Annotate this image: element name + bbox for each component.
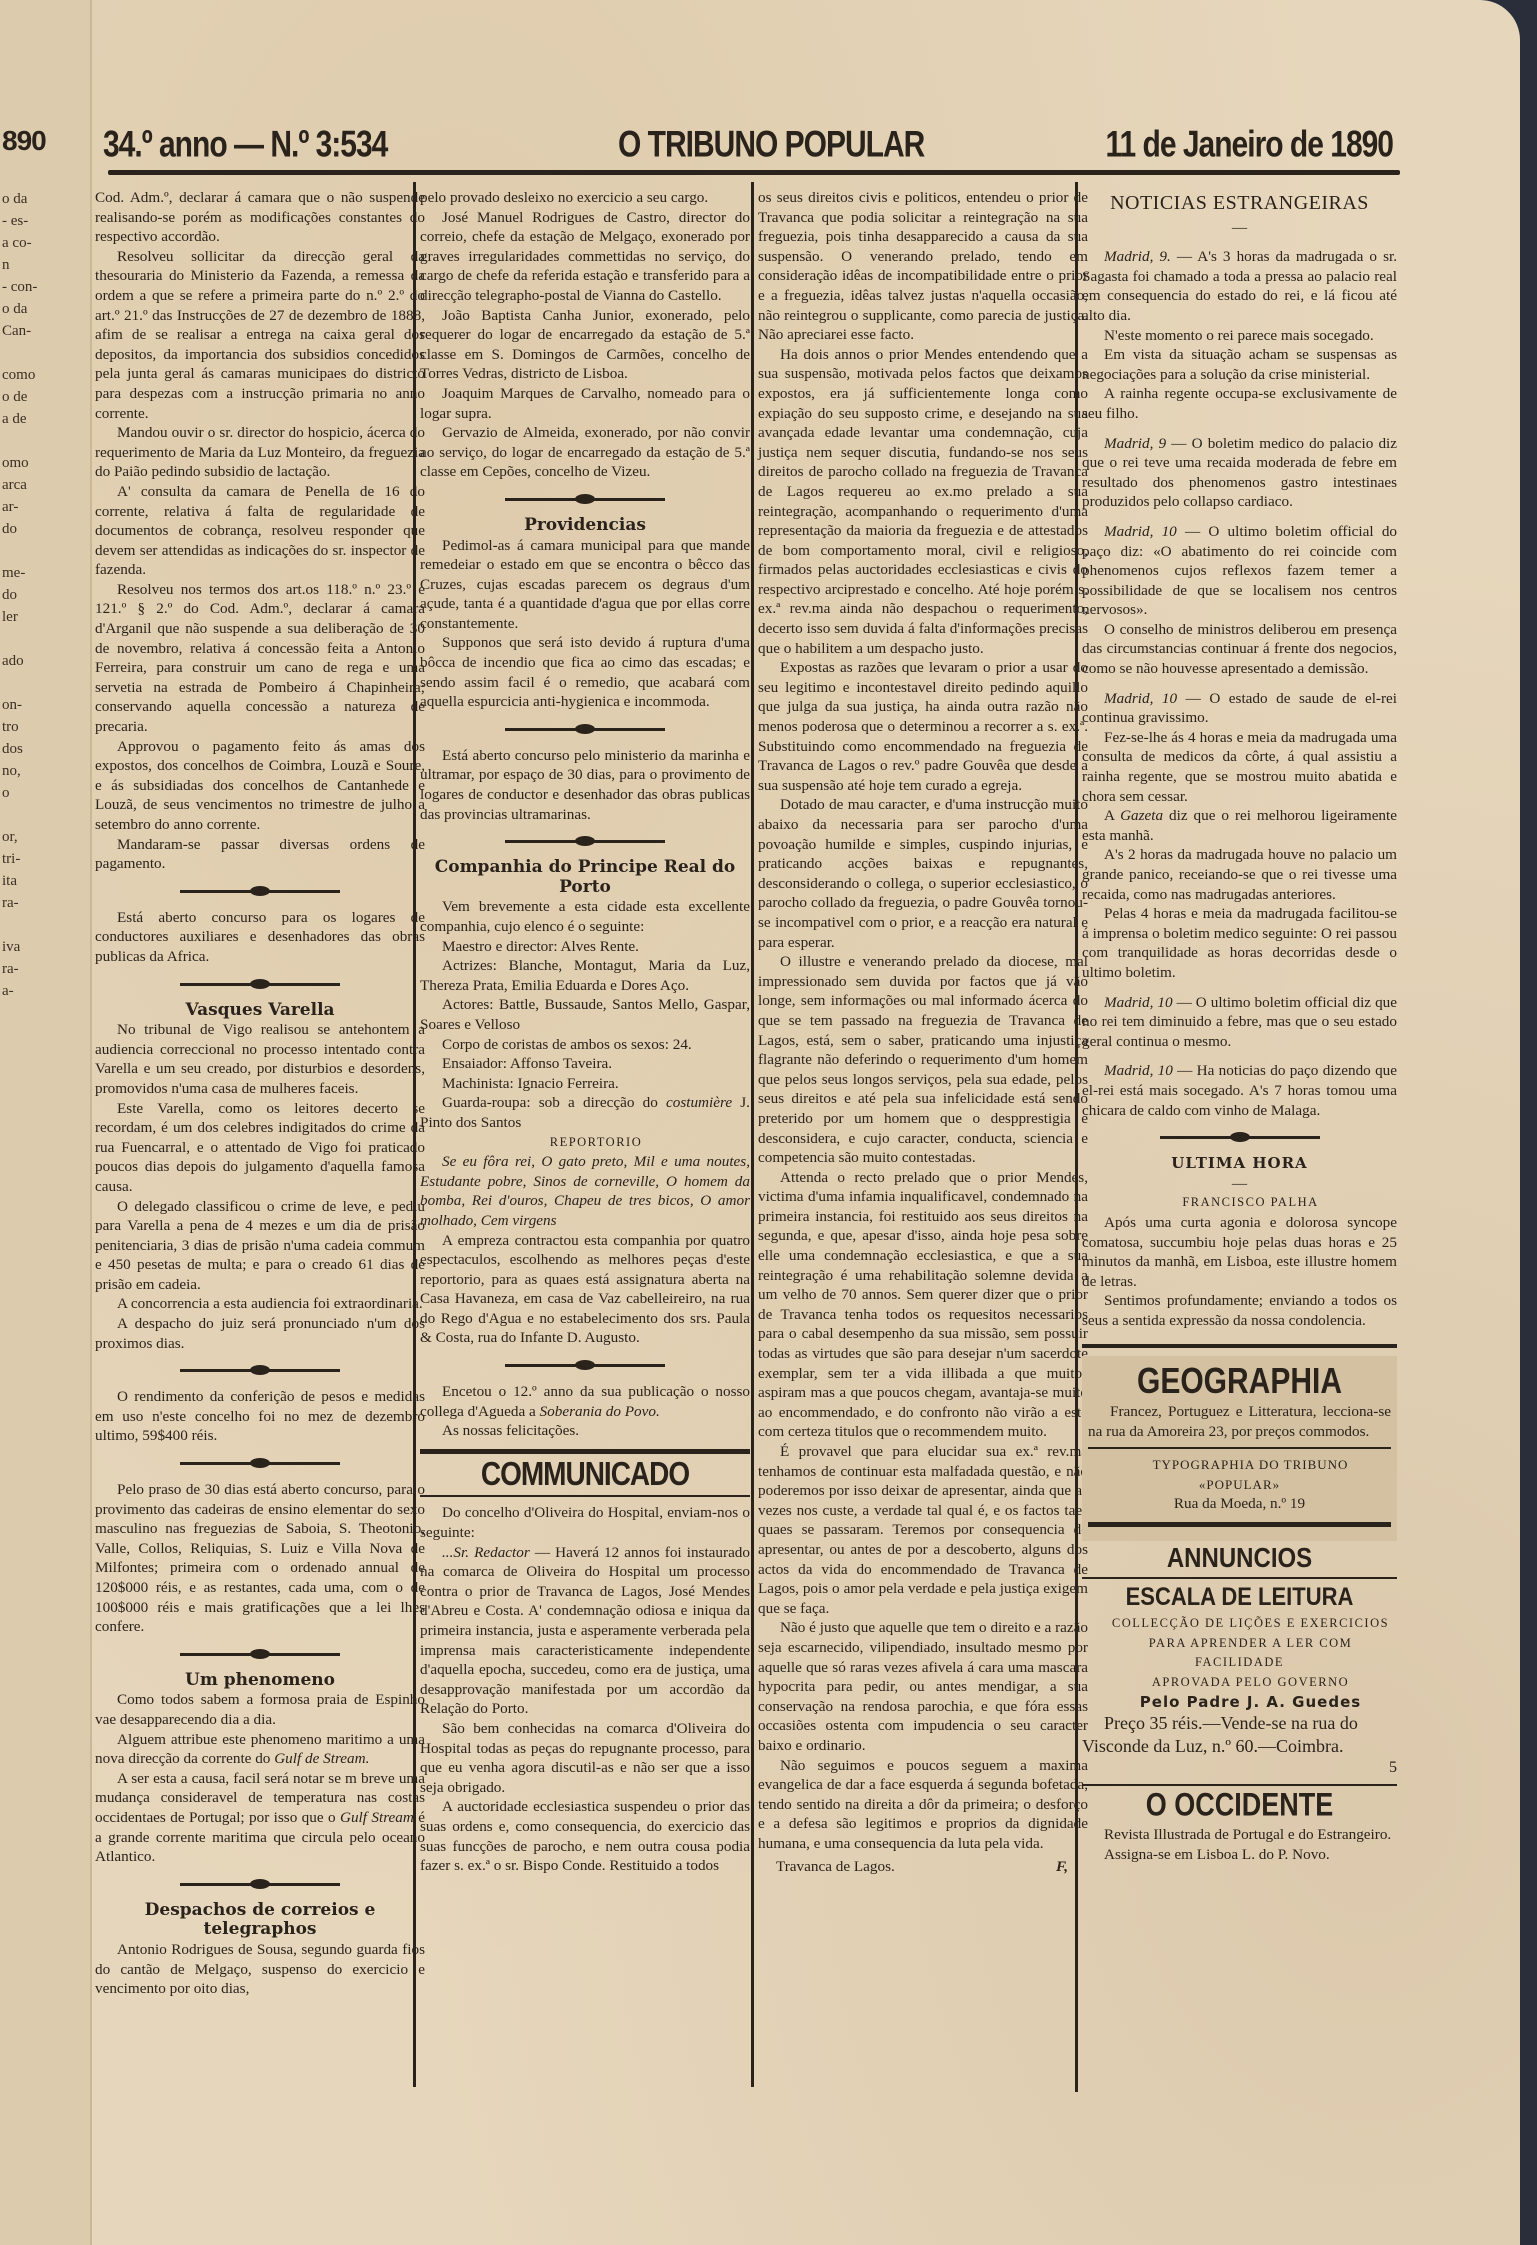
ornamental-divider [505, 1360, 665, 1370]
printer-address: Rua da Moeda, n.º 19 [1088, 1494, 1391, 1514]
paragraph: A ser esta a causa, facil será notar se … [95, 1769, 425, 1867]
text: Guarda-roupa: sob a direcção do [442, 1094, 666, 1111]
gutter-fragment: a de [2, 408, 27, 430]
paragraph: São bem conhecidas na comarca d'Oliveira… [420, 1719, 750, 1797]
gutter-fragment: o da [2, 298, 27, 320]
paragraph: Madrid, 10 — O ultimo boletim official d… [1082, 522, 1397, 620]
paragraph: ...Sr. Redactor — Haverá 12 annos foi in… [420, 1543, 750, 1719]
paragraph: pelo provado desleixo no exercicio a seu… [420, 188, 750, 208]
ad-author: Pelo Padre J. A. Guedes [1082, 1693, 1397, 1713]
paragraph: Resolveu nos termos dos art.os 118.º n.º… [95, 580, 425, 737]
gutter-fragment: ra- [2, 892, 19, 914]
section-rule [1082, 1784, 1397, 1786]
issue-number: 34.º anno — N.º 3:534 [103, 124, 387, 167]
paragraph: Madrid, 10 — O ultimo boletim official d… [1082, 993, 1397, 1052]
ornamental-divider [180, 1649, 340, 1659]
paragraph: Gervazio de Almeida, exonerado, por não … [420, 423, 750, 482]
ad-line: PARA APRENDER A LER COM FACILIDADE [1082, 1634, 1397, 1673]
italic-text: Gulf de Stream. [274, 1750, 369, 1767]
italic-text: Soberania do Povo. [540, 1403, 660, 1420]
ad-price: Preço 35 réis.—Vende-se na rua do Viscon… [1082, 1712, 1397, 1758]
gutter-fragment: me- [2, 562, 25, 584]
dateline: Madrid, 9 [1104, 435, 1166, 452]
paragraph: Não é justo que aquelle que tem o direit… [758, 1618, 1088, 1755]
paragraph: Como todos sabem a formosa praia de Espi… [95, 1690, 425, 1729]
gutter-fragment: arca [2, 474, 27, 496]
column-2: pelo provado desleixo no exercicio a seu… [420, 188, 750, 1876]
gutter-fragment: a co- [2, 232, 32, 254]
ad-rule [1088, 1522, 1391, 1527]
italic-text: Gulf Stream [340, 1809, 414, 1826]
previous-page-gutter: 890 o da - es- a co- n - con- o da Can- … [0, 0, 92, 2245]
paragraph: Não seguimos e poucos seguem a maxima ev… [758, 1756, 1088, 1854]
paragraph: Do concelho d'Oliveira do Hospital, envi… [420, 1503, 750, 1542]
ornamental-divider [180, 1365, 340, 1375]
ornamental-divider [180, 886, 340, 896]
paragraph: Madrid, 9. — A's 3 horas da madrugada o … [1082, 247, 1397, 325]
paragraph: É provavel que para elucidar sua ex.ª re… [758, 1442, 1088, 1618]
paragraph: Mandou ouvir o sr. director do hospicio,… [95, 423, 425, 482]
gutter-fragment: Can- [2, 320, 31, 342]
paragraph: Fez-se-lhe ás 4 horas e meia da madrugad… [1082, 728, 1397, 806]
issue-date: 11 de Janeiro de 1890 [1105, 124, 1393, 167]
paragraph: Pelas 4 horas e meia da madrugada facili… [1082, 904, 1397, 982]
gutter-fragment: tro [2, 716, 19, 738]
paragraph: A despacho do juiz será pronunciado n'um… [95, 1314, 425, 1353]
ornamental-divider [180, 1879, 340, 1889]
article-heading-providencias: Providencias [420, 516, 750, 536]
ornamental-divider [180, 979, 340, 989]
column-rule [1075, 182, 1078, 2092]
paragraph: Encetou o 12.º anno da sua publicação o … [420, 1382, 750, 1421]
ad-geographia: GEOGRAPHIA Francez, Portuguez e Litterat… [1082, 1356, 1397, 1541]
paragraph: A' consulta da camara de Penella de 16 d… [95, 482, 425, 580]
gutter-fragment: o [2, 782, 10, 804]
ad-line: APROVADA PELO GOVERNO [1082, 1673, 1397, 1693]
text: — Haverá 12 annos foi instaurado na coma… [420, 1544, 750, 1718]
section-heading-noticias-estrangeiras: NOTICIAS ESTRANGEIRAS [1082, 194, 1397, 214]
dateline: Madrid, 9. [1104, 248, 1171, 265]
ornamental-divider [505, 724, 665, 734]
subheading-reportorio: REPORTORIO [420, 1133, 750, 1153]
paragraph: Alguem attribue este phenomeno maritimo … [95, 1730, 425, 1769]
ad-line: COLLECÇÃO DE LIÇÕES E EXERCICIOS [1082, 1614, 1397, 1634]
repertoire-list: Se eu fôra rei, O gato preto, Mil e uma … [420, 1152, 750, 1230]
previous-page-year: 890 [2, 125, 46, 157]
paragraph: Actores: Battle, Bussaude, Santos Mello,… [420, 995, 750, 1034]
ad-text: Francez, Portuguez e Litteratura, leccio… [1088, 1402, 1391, 1441]
newspaper-page: 890 o da - es- a co- n - con- o da Can- … [0, 0, 1520, 2245]
paragraph: A empreza contractou esta companhia por … [420, 1231, 750, 1349]
heading-dash: — [1082, 218, 1397, 238]
gutter-fragment: or, [2, 826, 18, 848]
gutter-fragment: on- [2, 694, 22, 716]
column-1: Cod. Adm.º, declarar á camara que o não … [95, 188, 425, 1999]
italic-text: costumière [666, 1094, 732, 1111]
newspaper-title: O TRIBUNO POPULAR [618, 124, 924, 167]
ad-text: Revista Illustrada de Portugal e do Estr… [1082, 1825, 1397, 1845]
ad-title-escala-de-leitura: ESCALA DE LEITURA [1082, 1585, 1397, 1608]
paragraph: O conselho de ministros deliberou em pre… [1082, 620, 1397, 679]
paragraph: Expostas as razões que levaram o prior a… [758, 658, 1088, 795]
paragraph: Madrid, 10 — O estado de saude de el-rei… [1082, 689, 1397, 728]
gutter-fragment: omo [2, 452, 29, 474]
ad-rule [1088, 1447, 1391, 1449]
gutter-fragment: do [2, 518, 17, 540]
ornamental-divider [180, 1458, 340, 1468]
ad-text: Assigna-se em Lisboa L. do P. Novo. [1082, 1845, 1397, 1865]
paragraph: Em vista da situação acham se suspensas … [1082, 345, 1397, 384]
paragraph: A Gazeta diz que o rei melhorou ligeiram… [1082, 806, 1397, 845]
paragraph: Actrizes: Blanche, Montagut, Maria da Lu… [420, 956, 750, 995]
italic-text: Gazeta [1120, 807, 1163, 824]
paragraph: Sentimos profundamente; enviando a todos… [1082, 1291, 1397, 1330]
gutter-fragment: a- [2, 980, 14, 1002]
signature-place: Travanca de Lagos. [776, 1857, 895, 1877]
signature: Travanca de Lagos. F, [758, 1853, 1088, 1877]
article-heading-despachos: Despachos de correios e telegraphos [95, 1901, 425, 1940]
dateline: Madrid, 10 [1104, 1062, 1173, 1079]
column-4: NOTICIAS ESTRANGEIRAS — Madrid, 9. — A's… [1082, 188, 1397, 1865]
dateline: Madrid, 10 [1104, 994, 1173, 1011]
heading-dash: — [1082, 1174, 1397, 1194]
section-heading-ultima-hora: ULTIMA HORA [1082, 1154, 1397, 1174]
paragraph: Está aberto concurso para os logares de … [95, 908, 425, 967]
section-rule [1082, 1577, 1397, 1579]
paragraph: Maestro e director: Alves Rente. [420, 937, 750, 957]
paragraph: Joaquim Marques de Carvalho, nomeado par… [420, 384, 750, 423]
gutter-fragment: - con- [2, 276, 37, 298]
paragraph: A rainha regente occupa-se exclusivament… [1082, 384, 1397, 423]
section-rule [420, 1495, 750, 1497]
ornamental-divider [505, 494, 665, 504]
ornamental-divider [505, 836, 665, 846]
paragraph: O delegado classificou o crime de leve, … [95, 1197, 425, 1295]
paragraph: As nossas felicitações. [420, 1421, 750, 1441]
paragraph: Está aberto concurso pelo ministerio da … [420, 746, 750, 824]
ad-title-geographia: GEOGRAPHIA [1088, 1371, 1391, 1395]
gutter-fragment: - es- [2, 210, 28, 232]
paragraph: A auctoridade ecclesiastica suspendeu o … [420, 1797, 750, 1875]
paragraph: O rendimento da conferição de pesos e me… [95, 1387, 425, 1446]
paragraph: A's 2 horas da madrugada houve no palaci… [1082, 845, 1397, 904]
paragraph: Ensaiador: Affonso Taveira. [420, 1054, 750, 1074]
article-heading-um-phenomeno: Um phenomeno [95, 1671, 425, 1691]
printer-name: TYPOGRAPHIA DO TRIBUNO «POPULAR» [1088, 1455, 1391, 1494]
masthead-rule [108, 170, 1400, 175]
gutter-fragment: n [2, 254, 10, 276]
paragraph: Pedimol-as á camara municipal para que m… [420, 536, 750, 634]
text: A [1104, 807, 1120, 824]
paragraph: Pelo praso de 30 dias está aberto concur… [95, 1480, 425, 1637]
section-heading-annuncios: ANNUNCIOS [1082, 1548, 1397, 1571]
paragraph: O illustre e venerando prelado da dioces… [758, 952, 1088, 1168]
gutter-fragment: como [2, 364, 35, 386]
paragraph: Ha dois annos o prior Mendes entendendo … [758, 345, 1088, 659]
dateline: Madrid, 10 [1104, 523, 1177, 540]
subheading-francisco-palha: FRANCISCO PALHA [1082, 1193, 1397, 1213]
paragraph: N'este momento o rei parece mais socegad… [1082, 326, 1397, 346]
paragraph: José Manuel Rodrigues de Castro, directo… [420, 208, 750, 306]
dateline: Madrid, 10 [1104, 690, 1177, 707]
paragraph: Supponos que será isto devido á ruptura … [420, 633, 750, 711]
paragraph: No tribunal de Vigo realisou se antehont… [95, 1020, 425, 1098]
paragraph: Após uma curta agonia e dolorosa syncope… [1082, 1213, 1397, 1291]
paragraph: Machinista: Ignacio Ferreira. [420, 1074, 750, 1094]
paragraph: Este Varella, como os leitores decerto s… [95, 1099, 425, 1197]
gutter-fragment: dos [2, 738, 23, 760]
masthead: 34.º anno — N.º 3:534 O TRIBUNO POPULAR … [103, 118, 1393, 168]
column-3: os seus direitos civis e politicos, ente… [758, 188, 1088, 1877]
paragraph: A concorrencia a esta audiencia foi extr… [95, 1294, 425, 1314]
column-rule [751, 182, 754, 2087]
section-heading-communicado: COMMUNICADO [420, 1462, 750, 1486]
paragraph: Guarda-roupa: sob a direcção do costumiè… [420, 1093, 750, 1132]
gutter-fragment: ar- [2, 496, 18, 518]
text: Alguem attribue este phenomeno maritimo … [95, 1731, 425, 1768]
ornamental-divider [1160, 1132, 1320, 1142]
ad-number: 5 [1082, 1758, 1397, 1778]
gutter-fragment: do [2, 584, 17, 606]
paragraph: Madrid, 9 — O boletim medico do palacio … [1082, 434, 1397, 512]
article-heading-companhia: Companhia do Principe Real do Porto [420, 858, 750, 897]
paragraph: João Baptista Canha Junior, exonerado, p… [420, 306, 750, 384]
article-heading-vasques-varella: Vasques Varella [95, 1001, 425, 1021]
paragraph: Mandaram-se passar diversas ordens de pa… [95, 835, 425, 874]
gutter-fragment: o da [2, 188, 27, 210]
paragraph: Corpo de coristas de ambos os sexos: 24. [420, 1035, 750, 1055]
section-rule [420, 1449, 750, 1454]
gutter-fragment: ita [2, 870, 17, 892]
paragraph: Antonio Rodrigues de Sousa, segundo guar… [95, 1940, 425, 1999]
signature-initial: F, [1056, 1857, 1068, 1877]
paragraph: os seus direitos civis e politicos, ente… [758, 188, 1088, 345]
gutter-fragment: ado [2, 650, 24, 672]
paragraph: Cod. Adm.º, declarar á camara que o não … [95, 188, 425, 247]
gutter-fragment: tri- [2, 848, 20, 870]
paragraph: Approvou o pagamento feito ás amas dos e… [95, 737, 425, 835]
gutter-fragment: o de [2, 386, 27, 408]
paragraph: Attenda o recto prelado que o prior Mend… [758, 1168, 1088, 1442]
paragraph: Resolveu sollicitar da direcção geral da… [95, 247, 425, 423]
paragraph: Vem brevemente a esta cidade esta excell… [420, 897, 750, 936]
section-rule [1082, 1344, 1397, 1348]
gutter-fragment: no, [2, 760, 21, 782]
gutter-fragment: ra- [2, 958, 19, 980]
gutter-fragment: iva [2, 936, 20, 958]
paragraph: Dotado de mau caracter, e d'uma instrucç… [758, 795, 1088, 952]
gutter-fragment: ler [2, 606, 18, 628]
italic-text: ...Sr. Redactor [442, 1544, 530, 1561]
ad-title-o-occidente: O OCCIDENTE [1082, 1794, 1397, 1818]
paragraph: Madrid, 10 — Ha noticias do paço dizendo… [1082, 1061, 1397, 1120]
